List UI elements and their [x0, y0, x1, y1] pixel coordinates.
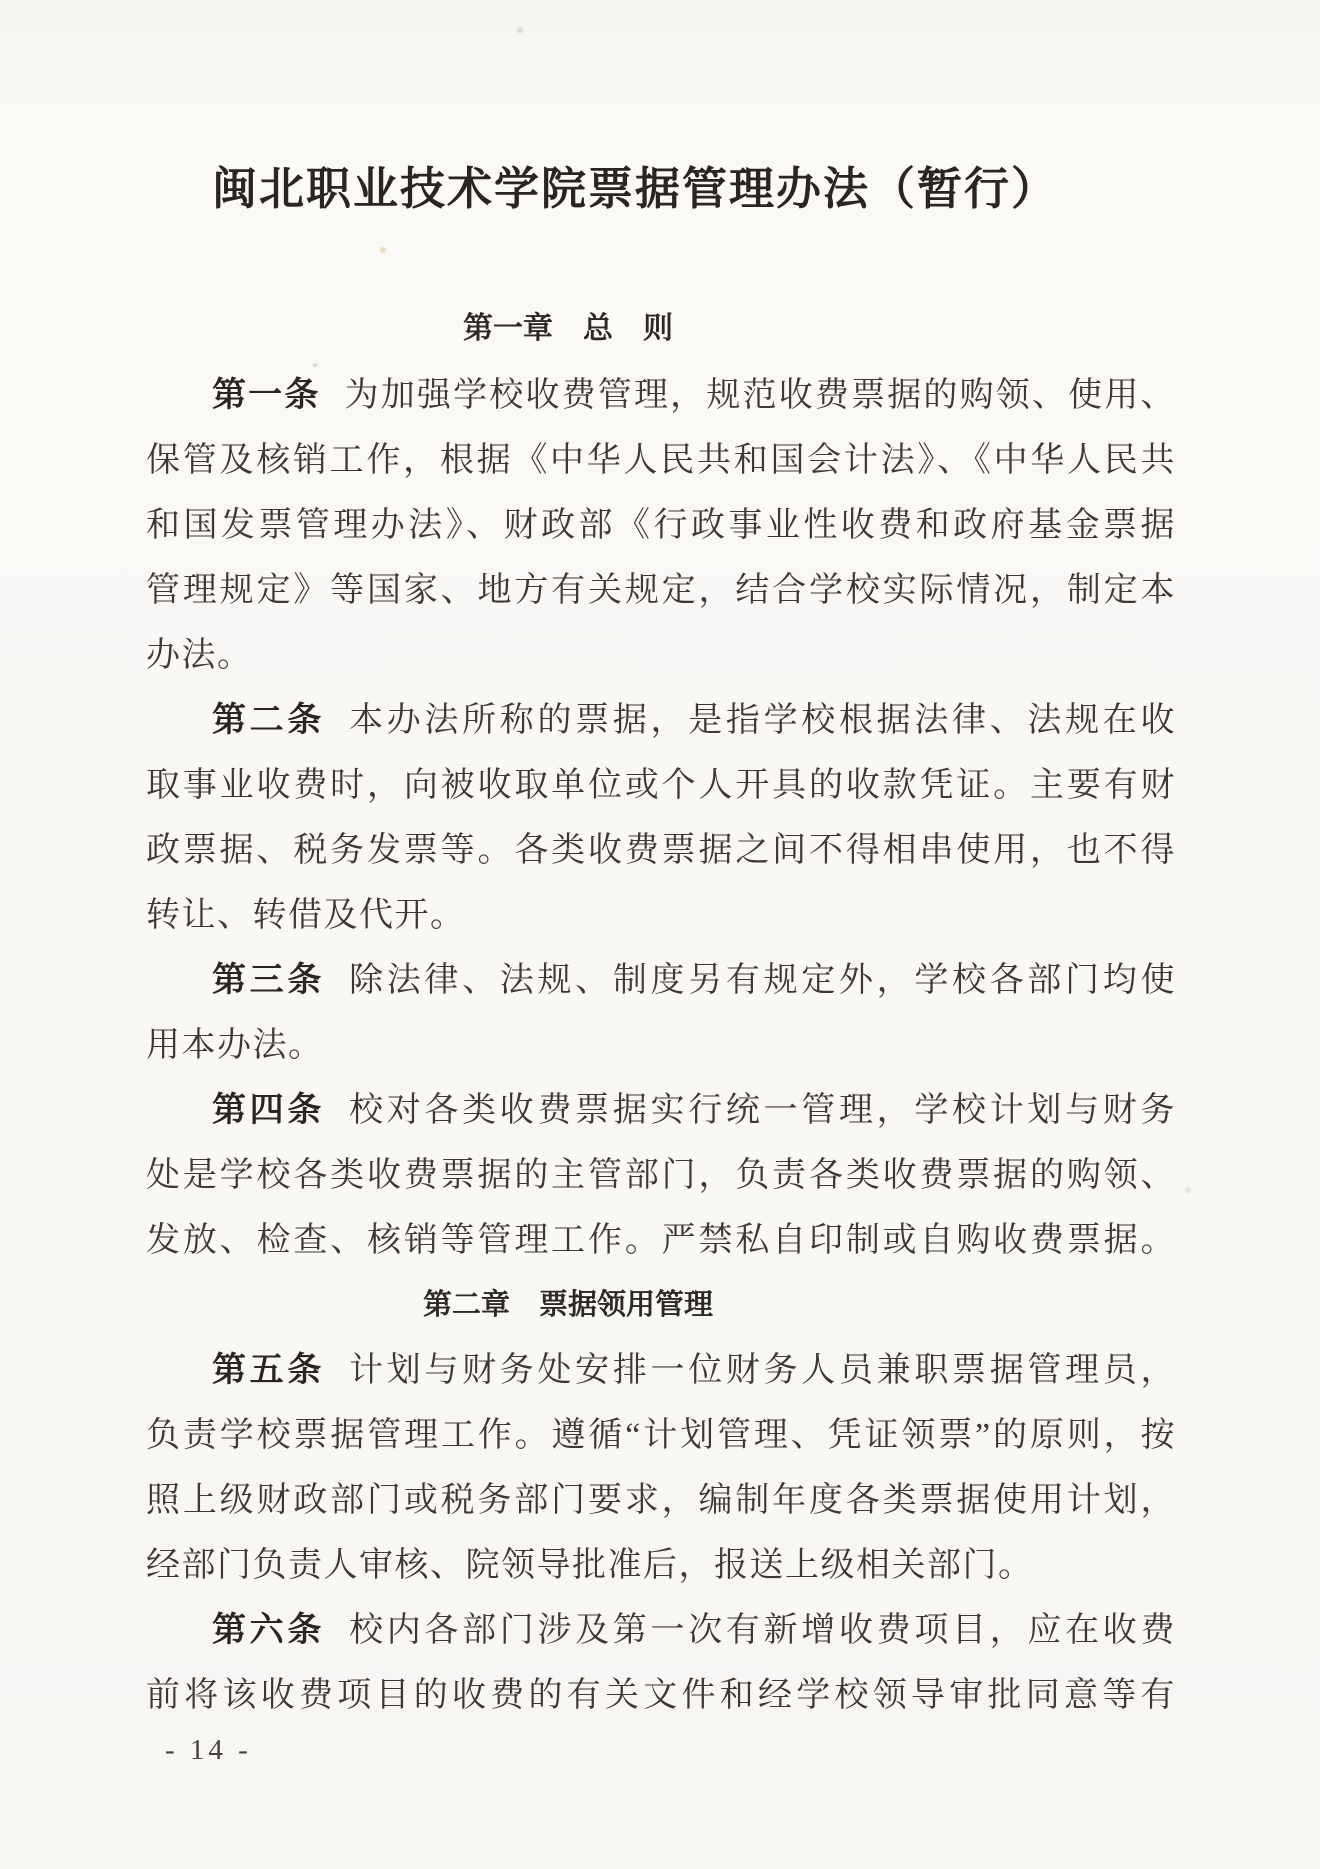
text-line: 第六条校内各部门涉及第一次有新增收费项目，应在收费 [146, 1598, 1176, 1663]
text-line: 第五条计划与财务处安排一位财务人员兼职票据管理员， [146, 1338, 1176, 1403]
text-line: 负责学校票据管理工作。遵循“计划管理、凭证领票”的原则，按 [146, 1403, 1176, 1468]
article-number: 第二条 [212, 702, 325, 739]
text-line: 前将该收费项目的收费的有关文件和经学校领导审批同意等有 [146, 1663, 1176, 1728]
document-body: 第一条为加强学校收费管理，规范收费票据的购领、使用、保管及核销工作，根据《中华人… [146, 363, 1176, 1728]
article-first-line-text: 为加强学校收费管理，规范收费票据的购领、使用、 [345, 377, 1176, 414]
text-line: 第一条为加强学校收费管理，规范收费票据的购领、使用、 [146, 363, 1176, 428]
text-line: 处是学校各类收费票据的主管部门，负责各类收费票据的购领、 [146, 1143, 1176, 1208]
text-line: 和国发票管理办法》、财政部《行政事业性收费和政府基金票据 [146, 493, 1176, 558]
article-first-line-text: 除法律、法规、制度另有规定外，学校各部门均使 [349, 962, 1176, 999]
page-number: - 14 - [165, 1730, 252, 1770]
text-line: 保管及核销工作，根据《中华人民共和国会计法》、《中华人民共 [146, 428, 1176, 493]
text-line: 第二条本办法所称的票据，是指学校根据法律、法规在收 [146, 688, 1176, 753]
text-line: 政票据、税务发票等。各类收费票据之间不得相串使用，也不得 [146, 818, 1176, 883]
article-number: 第六条 [212, 1612, 325, 1649]
article-first-line-text: 校对各类收费票据实行统一管理，学校计划与财务 [349, 1092, 1176, 1129]
article-number: 第三条 [212, 962, 325, 999]
text-line: 第四条校对各类收费票据实行统一管理，学校计划与财务 [146, 1078, 1176, 1143]
article-number: 第一条 [212, 377, 321, 414]
chapter-heading: 第一章 总 则 [53, 296, 1083, 362]
text-line: 用本办法。 [146, 1013, 1176, 1078]
text-line: 第三条除法律、法规、制度另有规定外，学校各部门均使 [146, 948, 1176, 1013]
scanned-page: 闽北职业技术学院票据管理办法（暂行） 第一章 总 则 第一条为加强学校收费管理，… [0, 0, 1320, 1869]
text-line: 经部门负责人审核、院领导批准后，报送上级相关部门。 [146, 1533, 1176, 1598]
article-first-line-text: 校内各部门涉及第一次有新增收费项目，应在收费 [349, 1612, 1176, 1649]
article-number: 第四条 [212, 1092, 325, 1129]
text-line: 办法。 [146, 623, 1176, 688]
text-line: 照上级财政部门或税务部门要求，编制年度各类票据使用计划， [146, 1468, 1176, 1533]
text-line: 取事业收费时，向被收取单位或个人开具的收款凭证。主要有财 [146, 753, 1176, 818]
article-first-line-text: 计划与财务处安排一位财务人员兼职票据管理员， [349, 1352, 1176, 1389]
text-line: 管理规定》等国家、地方有关规定，结合学校实际情况，制定本 [146, 558, 1176, 623]
article-first-line-text: 本办法所称的票据，是指学校根据法律、法规在收 [349, 702, 1176, 739]
text-line: 转让、转借及代开。 [146, 883, 1176, 948]
chapter-heading: 第二章 票据领用管理 [53, 1273, 1083, 1338]
text-line: 发放、检查、核销等管理工作。严禁私自印制或自购收费票据。 [146, 1208, 1176, 1273]
document-title: 闽北职业技术学院票据管理办法（暂行） [120, 150, 1150, 228]
article-number: 第五条 [212, 1352, 325, 1389]
